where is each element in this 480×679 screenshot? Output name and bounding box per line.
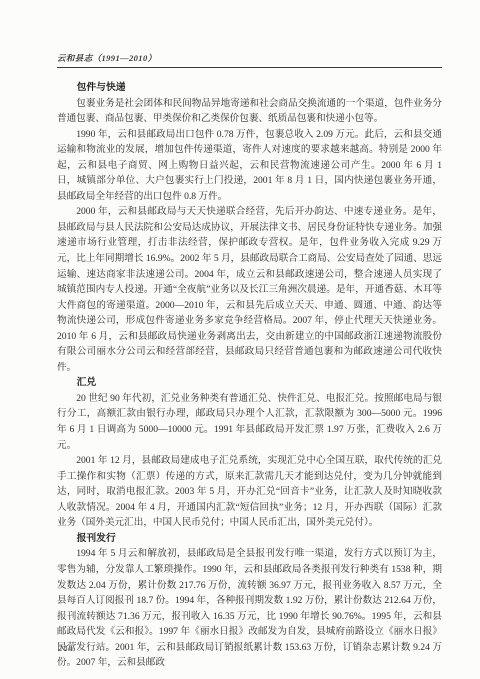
section-heading-newspaper-distribution: 报刊发行 [57,531,442,547]
paragraph: 2001 年 12 月，县邮政局建成电子汇兑系统，实现汇兑中心全国互联，取代传统… [57,453,442,531]
paragraph: 20 世纪 90 年代初，汇兑业务种类有普通汇兑、快件汇兑、电报汇兑。按照邮电局… [57,391,442,453]
document-page: 云和县志（1991—2010） 包件与快递 包裹业务是社会团体和民间物品异地寄递… [0,0,480,679]
paragraph: 2000 年，云和县邮政局与天天快递联合经营，先后开办韵达、中速专递业务。是年，… [57,204,442,375]
paragraph: 1994 年 5 月云和解放初，县邮政局是全县报刊发行唯一渠道，发行方式以预订为… [57,546,442,670]
running-header: 云和县志（1991—2010） [57,52,442,68]
paragraph: 1990 年，云和县邮政局出口包件 0.78 万件，包裹总收入 2.09 万元。… [57,127,442,205]
body-text: 包件与快递 包裹业务是社会团体和民间物品异地寄递和社会商品交换流通的一个渠道，包… [57,80,442,671]
section-heading-packages-express: 包件与快递 [57,80,442,96]
section-heading-remittance: 汇兑 [57,375,442,391]
page-content: 云和县志（1991—2010） 包件与快递 包裹业务是社会团体和民间物品异地寄递… [57,52,442,671]
page-number: 284 [58,643,74,653]
header-divider [57,67,442,68]
paragraph: 包裹业务是社会团体和民间物品异地寄递和社会商品交换流通的一个渠道，包件业务分普通… [57,96,442,127]
running-header-title: 云和县志（1991—2010） [57,52,442,64]
